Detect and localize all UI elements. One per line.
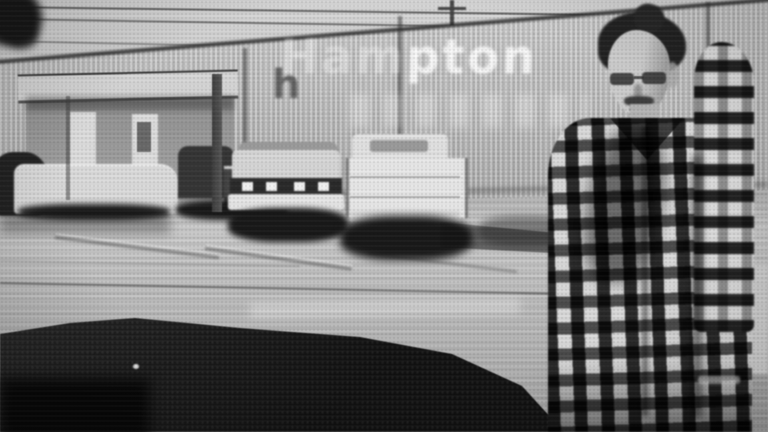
vehicle-shadow (228, 208, 348, 242)
white-pebble (133, 364, 139, 369)
building-sign-text: Hampton (279, 29, 539, 85)
utility-pole-crossarm (438, 7, 466, 10)
taillight (294, 182, 305, 191)
support-post (66, 96, 70, 200)
tree-silhouette (8, 22, 38, 48)
door-window (137, 122, 151, 152)
glasses-left-lens (610, 73, 634, 85)
taillight (318, 182, 329, 191)
dark-corner (0, 378, 150, 432)
plaid-jacket-arm (694, 42, 754, 332)
photo-scene: h Hampton (0, 0, 768, 432)
support-post (212, 74, 222, 212)
tailgate-seam (350, 196, 460, 198)
taillight (266, 182, 277, 191)
jacket-hem-shading (548, 362, 752, 432)
taillight (242, 182, 253, 191)
building-sign-text-clear: pton (406, 29, 539, 85)
newspaper-photo: h Hampton (0, 0, 768, 432)
canopy-shadow (26, 96, 234, 110)
building-door (70, 112, 96, 168)
vehicle-shadow (18, 204, 170, 220)
tailgate-seam (350, 176, 460, 178)
glasses-right-lens (642, 72, 666, 84)
building-sign-text-faint: Ham (279, 29, 407, 85)
vehicle-pickup-tailgate (346, 158, 468, 218)
pickup-cab-window (370, 140, 428, 152)
man (548, 6, 756, 432)
